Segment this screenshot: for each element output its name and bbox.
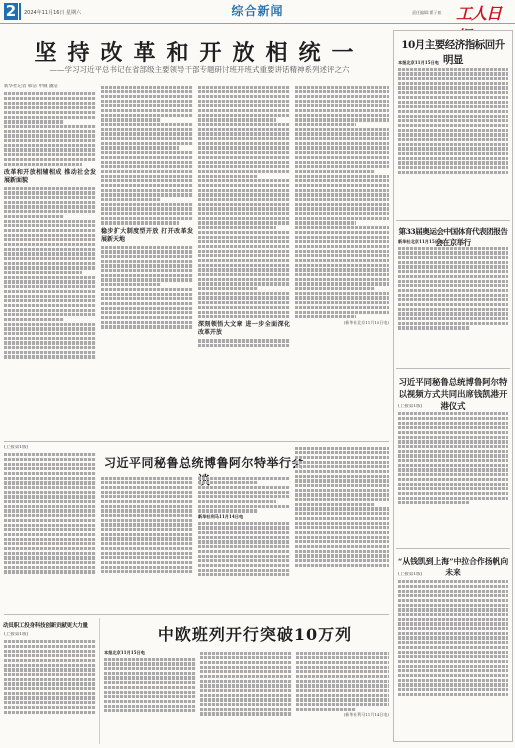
left-brief-body: (上接第1版) (4, 632, 96, 744)
bottom-source-note: (新华社利马11月14日电) (296, 712, 389, 718)
sidebar-dateline-1: 本报北京11月15日电 (398, 60, 508, 66)
sidebar-body-1: 本报北京11月15日电 (398, 60, 508, 215)
sidebar-body-2: 新华社北京11月15日电 (398, 239, 508, 364)
sidebar-dateline-2: 新华社北京11月15日电 (398, 239, 508, 245)
lead-source-note: (新华社北京11月15日电) (295, 320, 389, 326)
lead-column-3: 深刻领悟大文章 进一步全面深化改革开放 (198, 84, 290, 402)
divider (4, 614, 389, 615)
lead-column-2: 稳步扩大制度型开放 打开改革发展新天地 (101, 84, 193, 402)
lead-subhead-3: 深刻领悟大文章 进一步全面深化改革开放 (198, 321, 290, 337)
lead-byline: 新华社记者 韩洁 申铖 潘洁 (4, 84, 96, 90)
divider (99, 618, 100, 744)
divider (396, 548, 510, 549)
mid-dateline: 新华社利马11月14日电 (198, 514, 290, 520)
sidebar-body-3: (上接第1版) (398, 404, 508, 544)
bottom-dateline: 本报北京11月15日电 (104, 650, 196, 656)
sidebar-body-4: (上接第1版) (398, 572, 508, 740)
sidebar-byline-3: (上接第1版) (398, 404, 508, 410)
bottom-column-1: 本报北京11月15日电 (104, 650, 196, 744)
mid-column-1: (上接第1版) (4, 445, 96, 613)
mid-byline: (上接第1版) (4, 445, 96, 451)
sidebar-byline-4: (上接第1版) (398, 572, 508, 578)
bottom-column-3: (新华社利马11月14日电) (296, 650, 389, 744)
lead-column-1: 新华社记者 韩洁 申铖 潘洁 改革和开放相辅相成 推动社会发展新面貌 (4, 84, 96, 402)
editor-credit: 责任编辑:翟子皿 (412, 10, 441, 16)
mid-column-3: 新华社利马11月14日电 (198, 475, 290, 613)
mid-column-4 (295, 445, 389, 613)
bottom-headline: 中欧班列开行突破10万列 (130, 622, 380, 645)
lead-headline: 坚持改革和开放相统一 (22, 36, 377, 67)
lead-column-4: (新华社北京11月15日电) (295, 84, 389, 402)
divider (4, 441, 389, 442)
lead-subheadline: ——学习习近平总书记在省部级主要领导干部专题研讨班开班式重要讲话精神系列述评之六 (22, 64, 377, 75)
mid-column-2 (101, 475, 193, 613)
divider (396, 220, 510, 221)
divider (396, 368, 510, 369)
left-brief-byline: (上接第1版) (4, 632, 96, 638)
lead-subhead-1: 改革和开放相辅相成 推动社会发展新面貌 (4, 169, 96, 185)
left-brief-headline: 动员职工投身科技创新贡献更大力量 (3, 621, 98, 629)
masthead: 2 2024年11月16日 星期六 综合新闻 责任编辑:翟子皿 工人日报 (0, 0, 515, 24)
lead-subhead-2: 稳步扩大制度型开放 打开改革发展新天地 (101, 228, 193, 244)
bottom-column-2 (200, 650, 292, 744)
